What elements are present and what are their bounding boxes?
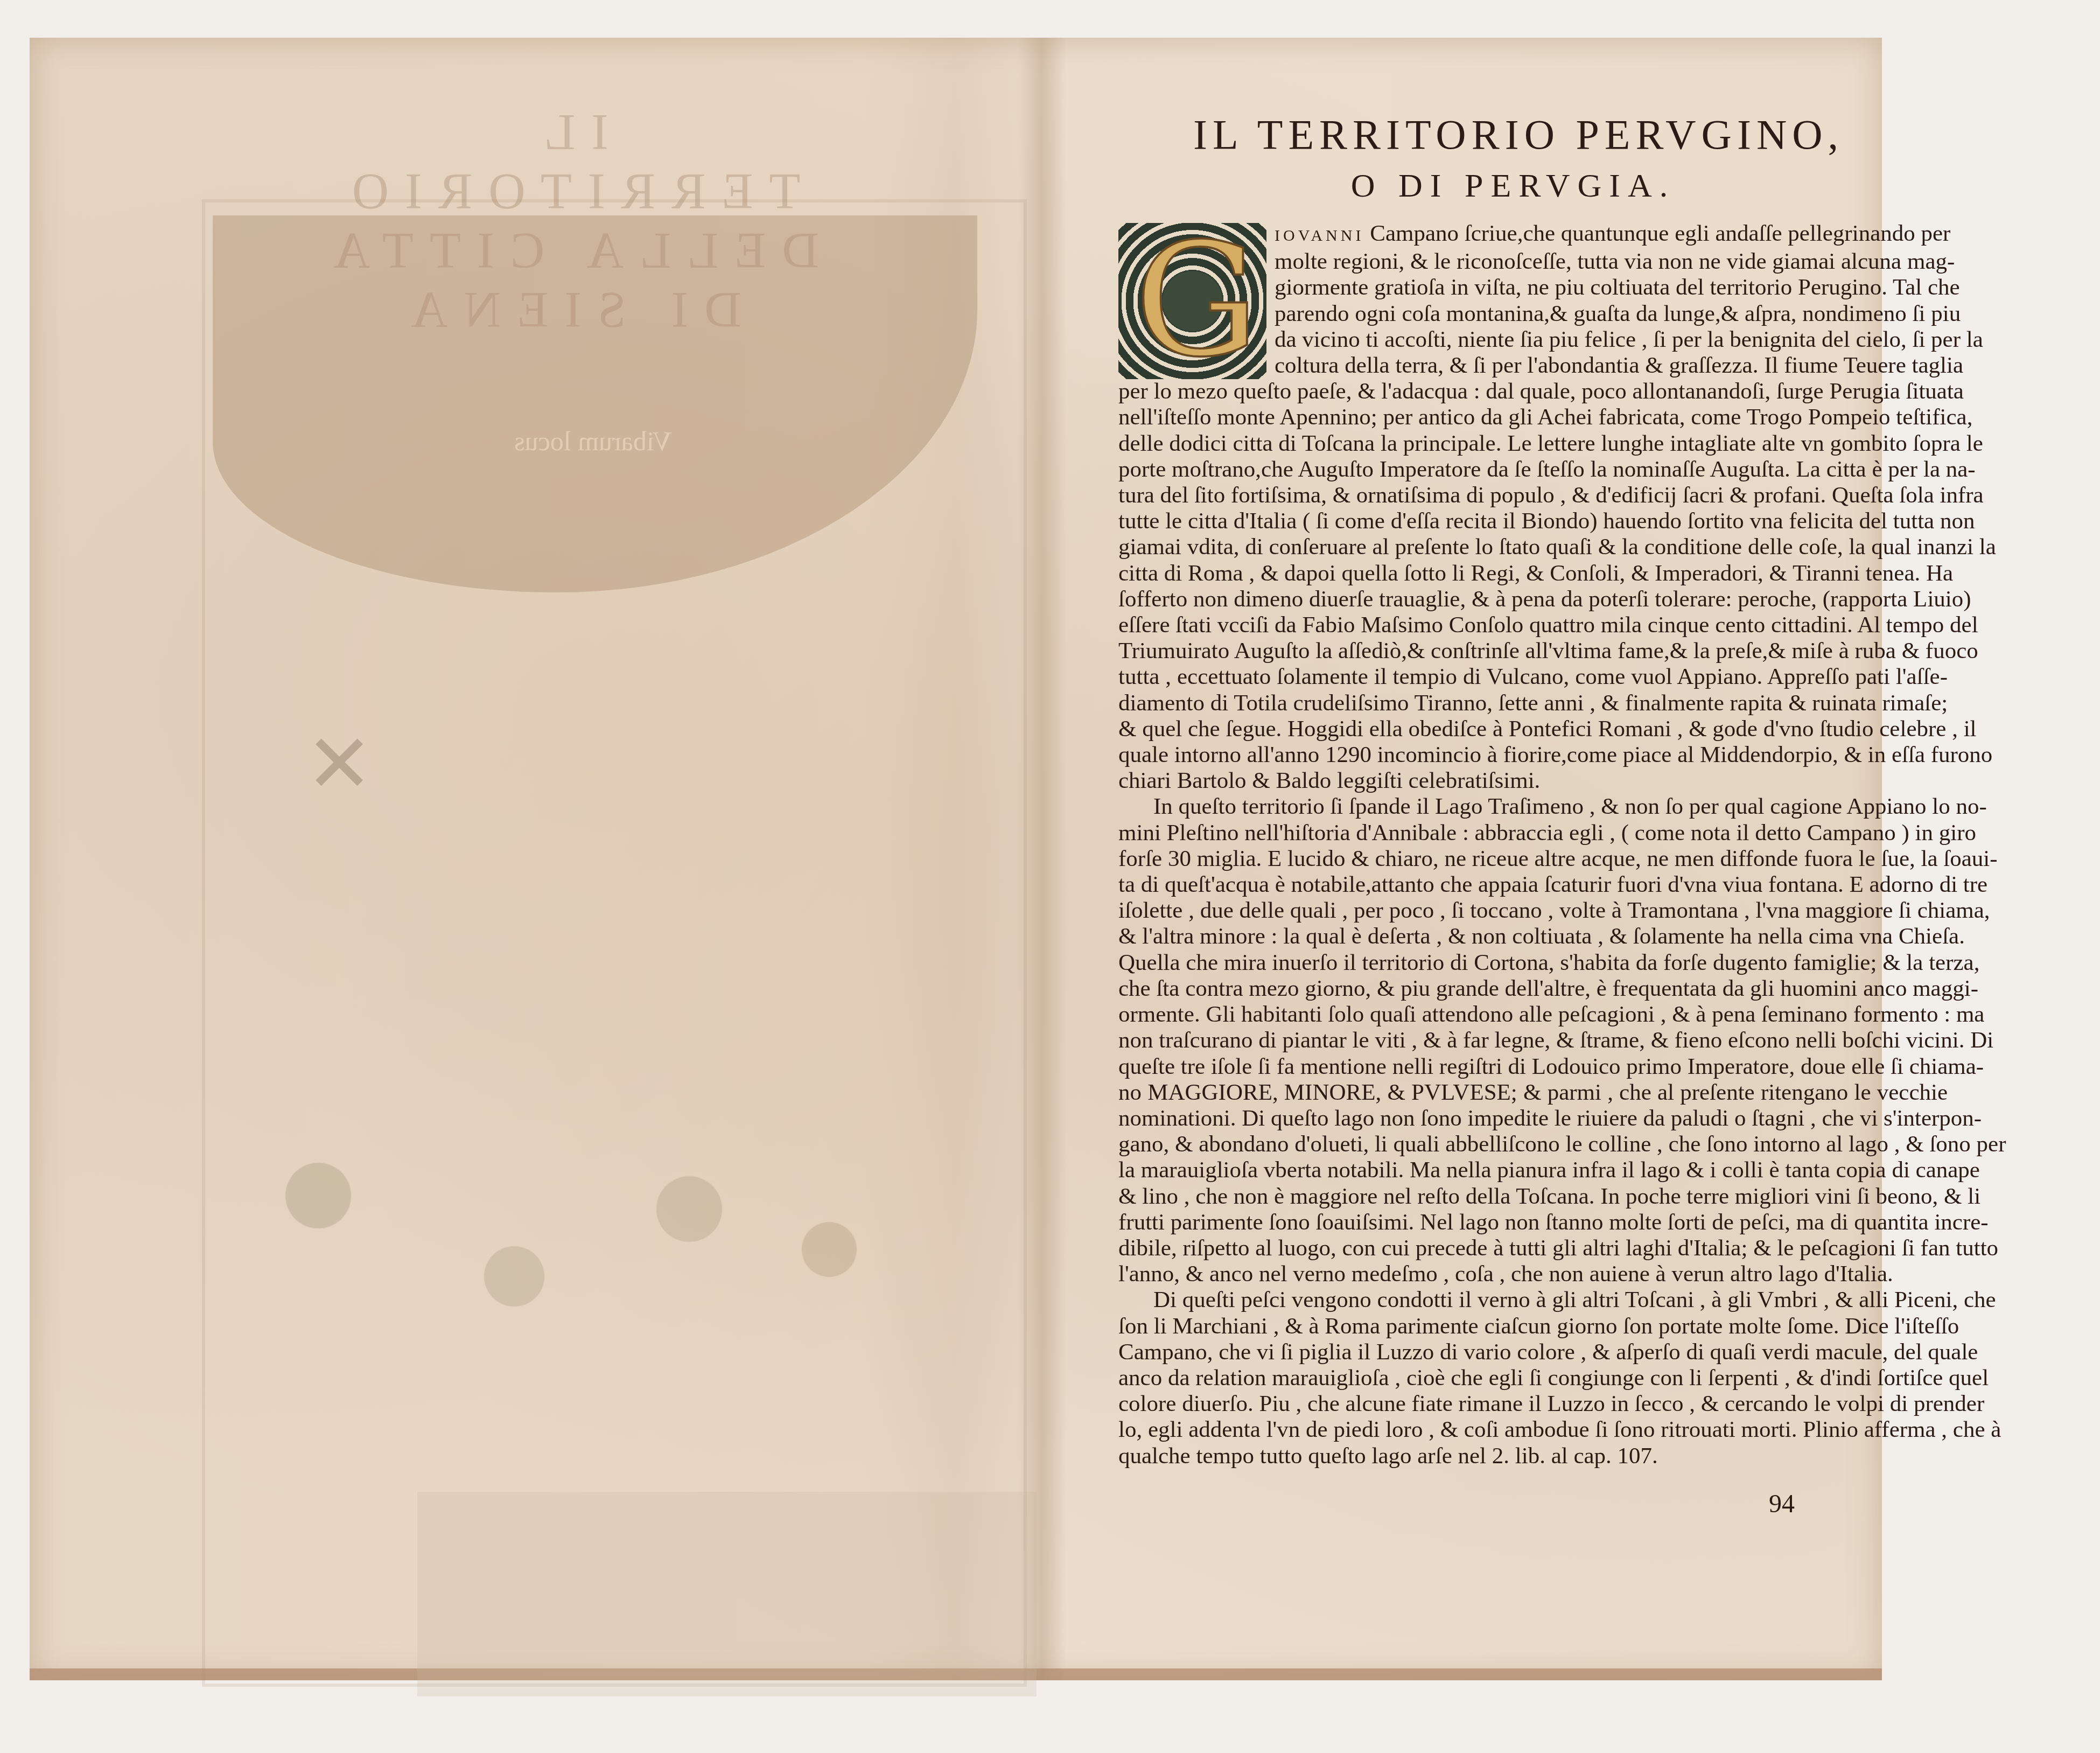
text-line: In queſto territorio ſi ſpande il Lago T…: [1118, 794, 1948, 820]
text-line: delle dodici citta di Toſcana la princip…: [1118, 431, 1948, 457]
text-line: quale intorno all'anno 1290 incomincio à…: [1118, 742, 1948, 768]
text-line: dibile, riſpetto al luogo, con cui prece…: [1118, 1235, 1948, 1261]
text-line: Campano, che vi ſi piglia il Luzzo di va…: [1118, 1339, 1948, 1365]
text-line: giamai vdita, di conſeruare al preſente …: [1118, 534, 1948, 560]
page-title: IL TERRITORIO PERVGINO,: [1136, 110, 1901, 159]
left-page-verso: IL TERRITORIO DELLA CITTA DI SIENA Vibar…: [30, 38, 1031, 1680]
text-line: gano, & abondano d'olueti, li quali abbe…: [1118, 1132, 1948, 1157]
text-line: tutte le citta d'Italia ( ſi come d'eſſa…: [1118, 508, 1948, 534]
right-page-recto: IL TERRITORIO PERVGINO, O DI PERVGIA. G …: [1055, 38, 1879, 1680]
text-line: & quel che ſegue. Hoggidi ella obediſce …: [1118, 716, 1948, 742]
compass-rose-icon: ✕: [302, 727, 377, 802]
text-line: ſon li Marchiani , & à Roma parimente ci…: [1118, 1314, 1948, 1339]
text-line: ſofferto non dimeno diuerſe trauaglie, &…: [1118, 586, 1948, 612]
text-line: queſte tre iſole ſi fa mentione nelli re…: [1118, 1054, 1948, 1080]
text-line: iſolette , due delle quali , per poco , …: [1118, 898, 1948, 924]
decorated-initial-icon: G: [1118, 223, 1266, 379]
text-line: & l'altra minore : la qual è deſerta , &…: [1118, 924, 1948, 949]
text-line: ormente. Gli habitanti ſolo quaſi attend…: [1118, 1002, 1948, 1028]
page-number: 94: [1769, 1489, 1795, 1519]
bleed-through-cartouche: [234, 1088, 934, 1357]
text-line: no MAGGIORE, MINORE, & PVLVESE; & parmi …: [1118, 1080, 1948, 1106]
page-subtitle: O DI PERVGIA.: [1136, 167, 1890, 205]
text-line: nominationi. Di queſto lago non ſono imp…: [1118, 1106, 1948, 1132]
text-line: che ſta contra mezo giorno, & piu grande…: [1118, 976, 1948, 1002]
text-line: lo, egli addenta l'vn de piedi loro , & …: [1118, 1417, 1948, 1443]
paragraph-2: In queſto territorio ſi ſpande il Lago T…: [1118, 794, 1948, 1287]
text-line: frutti parimente ſono ſoauiſsimi. Nel la…: [1118, 1210, 1948, 1235]
text-line: nell'iſteſſo monte Apennino; per antico …: [1118, 404, 1948, 430]
text-line: Triumuirato Auguſto la aſſediò,& conſtri…: [1118, 638, 1948, 664]
text-line: chiari Bartolo & Baldo leggiſti celebrat…: [1118, 768, 1948, 794]
text-line: & lino , che non è maggiore nel reſto de…: [1118, 1184, 1948, 1210]
text-line: citta di Roma , & dapoi quella ſotto li …: [1118, 561, 1948, 586]
text-line: Di queſti peſci vengono condotti il vern…: [1118, 1287, 1948, 1313]
text-line: l'anno, & anco nel verno medeſmo , coſa …: [1118, 1261, 1948, 1287]
text-line: qualche tempo tutto queſto lago arſe nel…: [1118, 1443, 1948, 1469]
text-line: colore diuerſo. Piu , che alcune fiate r…: [1118, 1391, 1948, 1417]
text-line: tura del ſito fortiſsima, & ornatiſsima …: [1118, 483, 1948, 508]
dropcap-letter: G: [1135, 228, 1250, 374]
text-line: forſe 30 miglia. E lucido & chiaro, ne r…: [1118, 846, 1948, 872]
bleed-through-panel: [417, 1492, 1037, 1696]
text-line: la marauiglioſa vberta notabili. Ma nell…: [1118, 1157, 1948, 1183]
text-line: diamento di Totila crudeliſsimo Tiranno,…: [1118, 690, 1948, 716]
text-line: Quella che mira inuerſo il territorio di…: [1118, 950, 1948, 976]
text-line: non traſcurano di piantar le viti , & à …: [1118, 1028, 1948, 1053]
paragraph-3: Di queſti peſci vengono condotti il vern…: [1118, 1287, 1948, 1469]
text-line: mini Pleſtino nell'hiſtoria d'Annibale :…: [1118, 820, 1948, 846]
text-line: anco da relation marauiglioſa , cioè che…: [1118, 1365, 1948, 1391]
text-line: ta di queſt'acqua è notabile,attanto che…: [1118, 872, 1948, 898]
text-line: tutta , eccettuato ſolamente il tempio d…: [1118, 664, 1948, 690]
bleed-through-map-label: Vibarum locus: [514, 425, 672, 457]
text-line: eſſere ſtati vcciſi da Fabio Maſsimo Con…: [1118, 612, 1948, 638]
text-line: porte moſtrano,che Auguſto Imperatore da…: [1118, 457, 1948, 483]
body-text: G IOVANNI Campano ſcriue,che quantunque …: [1118, 221, 1948, 1469]
